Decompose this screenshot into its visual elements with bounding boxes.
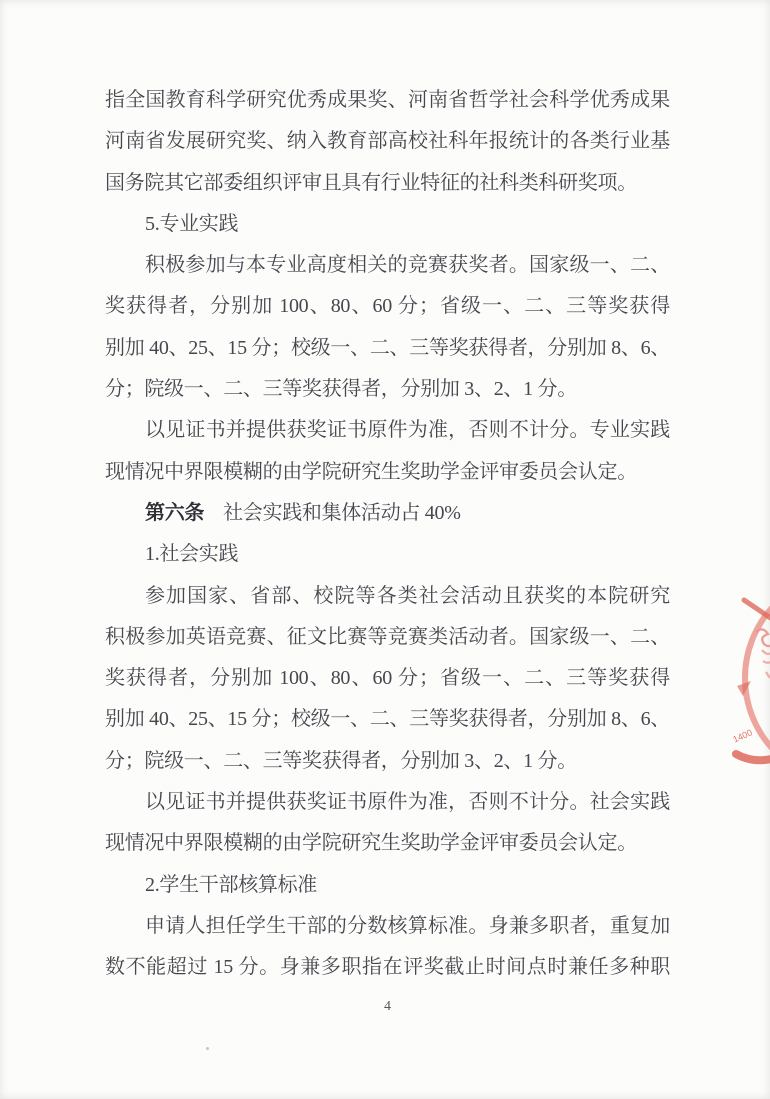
text-line: 分；院级一、二、三等奖获得者，分别加 3、2、1 分。 [105,369,670,410]
seal-stroke-fragment [744,600,770,619]
article-title-text: 社会实践和集体活动占 40% [223,502,460,524]
page-number: 4 [105,999,670,1015]
text-line: 国务院其它部委组织评审且具有行业特征的社科类科研奖项。 [105,163,670,204]
text-line: 指全国教育科学研究优秀成果奖、河南省哲学社会科学优秀成果奖、 [105,80,670,121]
text-line: 分；院级一、二、三等奖获得者，分别加 3、2、1 分。 [105,741,670,782]
seal-character-fragment [766,672,770,678]
list-item-heading: 1.社会实践 [105,534,670,575]
seal-serial-text: 1400 [732,727,754,744]
scan-noise-speck [206,1047,209,1050]
document-body: 指全国教育科学研究优秀成果奖、河南省哲学社会科学优秀成果奖、 河南省发展研究奖、… [105,80,670,989]
article-number-label: 第六条 [145,502,204,524]
seal-character-fragment [762,650,770,663]
text-line: 数不能超过 15 分。身兼多职指在评奖截止时间点时兼任多种职务， [105,947,670,988]
text-line: 以见证书并提供获奖证书原件为准，否则不计分。专业实践新出 [105,410,670,451]
official-seal-icon: 1400 [732,588,770,773]
text-line: 河南省发展研究奖、纳入教育部高校社科年报统计的各类行业基金奖、 [105,121,670,162]
text-line: 别加 40、25、15 分；校级一、二、三等奖获得者，分别加 8、6、4 [105,328,670,369]
article-heading: 第六条社会实践和集体活动占 40% [105,493,670,534]
text-line: 现情况中界限模糊的由学院研究生奖助学金评审委员会认定。 [105,823,670,864]
text-line: 参加国家、省部、校院等各类社会活动且获奖的本院研究生，如 [105,576,670,617]
document-page: 指全国教育科学研究优秀成果奖、河南省哲学社会科学优秀成果奖、 河南省发展研究奖、… [0,0,770,1099]
text-line: 现情况中界限模糊的由学院研究生奖助学金评审委员会认定。 [105,452,670,493]
text-line: 积极参加与本专业高度相关的竞赛获奖者。国家级一、二、三等 [105,245,670,286]
list-item-heading: 2.学生干部核算标准 [105,865,670,906]
text-line: 奖获得者，分别加 100、80、60 分；省级一、二、三等奖获得者，分 [105,658,670,699]
seal-bottom-arc [736,754,770,760]
text-line: 别加 40、25、15 分；校级一、二、三等奖获得者，分别加 8、6、4 [105,699,670,740]
text-line: 以见证书并提供获奖证书原件为准，否则不计分。社会实践新出 [105,782,670,823]
text-line: 积极参加英语竞赛、征文比赛等竞赛类活动者。国家级一、二、三等 [105,617,670,658]
text-line: 奖获得者，分别加 100、80、60 分；省级一、二、三等奖获得者，分 [105,286,670,327]
list-item-heading: 5.专业实践 [105,204,670,245]
text-line: 申请人担任学生干部的分数核算标准。身兼多职者，重复加分总 [105,906,670,947]
